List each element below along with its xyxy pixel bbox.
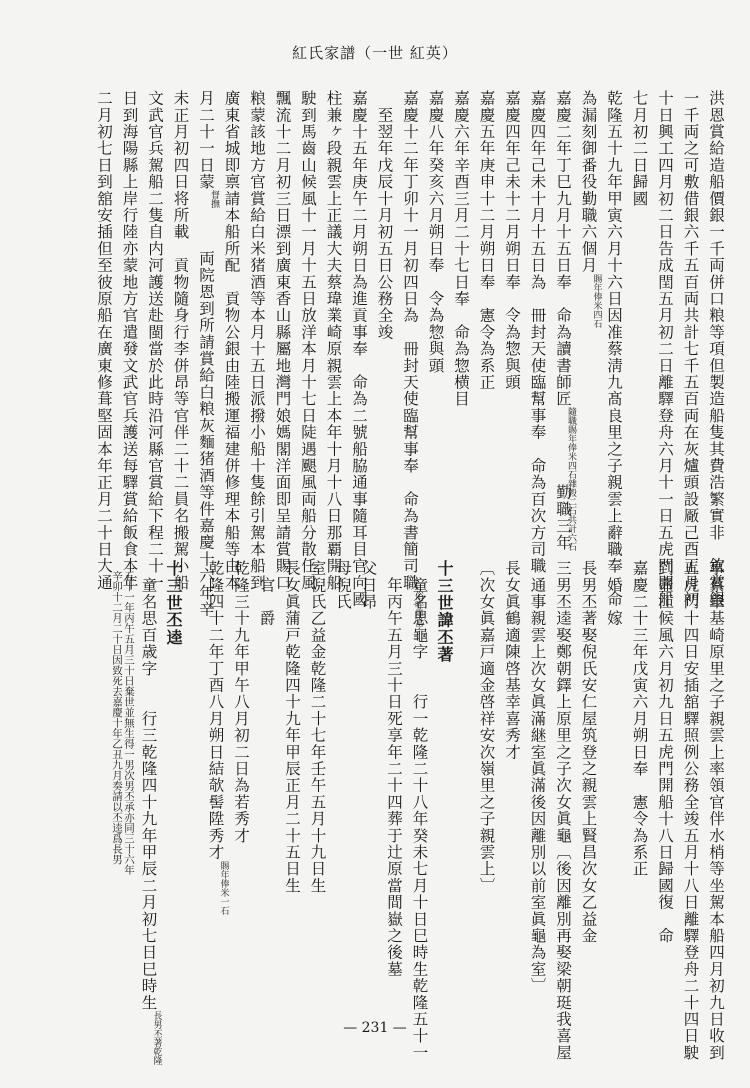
text-column: 到壷江候風六月初九日五虎門開船十八日歸國復 命 bbox=[652, 560, 678, 1010]
text-column: 飄流十二月初三日漂到廣東香山縣屬地灣門娘媽閣洋面即呈請賞賜口 bbox=[269, 90, 295, 535]
column-text: 到壷江候風六月初九日五虎門開船十八日歸國復 命 bbox=[656, 560, 674, 944]
text-column: 未正月初四日将所載 貢物隨身行李併昂等官伴二十二員名搬駕小船 bbox=[167, 90, 193, 535]
column-text: 室倪氏乙益金乾隆二十七年壬午五月十九日生 bbox=[309, 560, 327, 894]
column-text: 十三世丕逵 bbox=[164, 560, 183, 646]
column-text-continued: 勤職三年 bbox=[554, 467, 572, 551]
column-text: 長女眞蒲戸乾隆四十九年甲辰正月二十五日生 bbox=[283, 560, 301, 894]
column-text: 嘉慶六年辛酉三月二十七日奉 命為惣横目 bbox=[452, 90, 470, 407]
column-text: 飄流十二月初三日漂到廣東香山縣屬地灣門娘媽閣洋面即呈請賞賜口 bbox=[274, 90, 292, 591]
column-text: 二月初七日到舘安插但至彼原船在廣東修葺堅固本年正月二十日大通 bbox=[95, 90, 113, 591]
generation-heading: 十三世諱丕著 bbox=[432, 560, 458, 1010]
text-column: 童名思百歳字 行三乾隆四十九年甲辰二月初七日巳時生長男丕著乾隆 bbox=[135, 560, 161, 1010]
text-column: 三男丕逵娶鄭朝鐸上原里之子次女眞龜〔後因離別再娶梁朝珽我喜屋 bbox=[550, 560, 576, 1010]
column-text: 五十一年丙午五月三十日棄世並無生得一男次男丕承亦同三十六年 bbox=[123, 560, 135, 875]
column-text: 一千両之可敷借銀六千五百両共計七千五百両在灰爐頭設厰己酉正月初 bbox=[682, 90, 700, 608]
interlinear-note: 督撫 bbox=[209, 190, 218, 250]
column-text: 嘉慶四年己未十月十五日為 冊封天使臨幫事奉 命為百次方司職 bbox=[529, 90, 547, 574]
genealogy-section-lower: 事蔡肇基崎原里之子親雲上率領官伴水梢等坐駕本船四月初九日收到五虎門十四日安插舘驛… bbox=[80, 560, 728, 1010]
column-text: 五虎門十四日安插舘驛照例公務全竣五月十八日離驛登舟二十四日駛 bbox=[682, 560, 700, 1061]
text-column: 嘉慶四年己未十月十五日為 冊封天使臨幫事奉 命為百次方司職 bbox=[524, 90, 550, 535]
column-text: 柱兼ヶ段親雲上正議大夫蔡瑋業崎原親雲上本年十月十八日那覇開船 bbox=[325, 90, 343, 591]
interlinear-note: 賜年俸米一石 bbox=[219, 861, 228, 921]
text-column: 至翌年戊辰十月初五日公務全竣 bbox=[371, 90, 397, 535]
column-text: 日到海陽縣上岸行陸亦蒙地方官遣發文武官兵護送每驛賞給飯食本年 bbox=[121, 90, 139, 591]
text-column: 長女眞鶴適陳啓基幸喜秀才 bbox=[499, 560, 525, 1010]
text-column: 年丙午五月三十日死享年二十四葬于辻原當間嶽之後墓 bbox=[381, 560, 407, 1010]
column-text: 嘉慶八年癸亥六月朔日奉 令為惣與頭 bbox=[427, 90, 445, 374]
text-column: 廣東省城即禀請本船所配 貢物公銀由陸搬運福建併修理本船等由本 bbox=[218, 90, 244, 535]
column-text: 通事親雲上次女眞滿継室眞滿後因離別以前室眞龜為室〕 bbox=[529, 560, 547, 994]
column-text: 辛卯十二月二十日因致死去嘉慶十年乙丑九月奏請以丕逵爲長男 bbox=[111, 560, 123, 865]
text-column: 事蔡肇基崎原里之子親雲上率領官伴水梢等坐駕本船四月初九日收到 bbox=[703, 560, 729, 1010]
column-text: 嘉慶五年庚申十二月朔日奉 憲令為系正 bbox=[478, 90, 496, 391]
column-text: 七月初二日歸國 bbox=[631, 90, 649, 207]
text-column: 月二十一日蒙督撫両院恩到所請賞給白粮灰麵猪酒等件嘉慶十六年辛 bbox=[193, 90, 219, 535]
column-spacer bbox=[457, 560, 473, 1010]
column-text: 官 爵 bbox=[258, 560, 276, 627]
text-column: 嘉慶五年庚申十二月朔日奉 憲令為系正 bbox=[473, 90, 499, 535]
text-column: 嘉慶八年癸亥六月朔日奉 令為惣與頭 bbox=[422, 90, 448, 535]
section-label: 官 爵 bbox=[253, 560, 279, 1010]
text-column: 七月初二日歸國 bbox=[626, 90, 652, 535]
column-text: 童名思百歳字 行三乾隆四十九年甲辰二月初七日巳時生 bbox=[140, 560, 158, 1011]
column-text: 事蔡肇基崎原里之子親雲上率領官伴水梢等坐駕本船四月初九日收到 bbox=[707, 560, 725, 1061]
text-column: 一千両之可敷借銀六千五百両共計七千五百両在灰爐頭設厰己酉正月初 bbox=[677, 90, 703, 535]
text-column: 長男丕著娶倪氏安仁屋筑登之親雲上賢昌次女乙益金 bbox=[575, 560, 601, 1010]
column-text: 未正月初四日将所載 貢物隨身行李併昂等官伴二十二員名搬駕小船 bbox=[172, 90, 190, 591]
column-text: 年丙午五月三十日死享年二十四葬于辻原當間嶽之後墓 bbox=[385, 560, 403, 978]
column-text: 乾隆五十九年甲寅六月十六日因准蔡淸九髙良里之子親雲上辭職奉 命 bbox=[605, 90, 623, 608]
text-column: 洪恩賞給造船價銀一千両併口粮等項但製造船隻其費浩繁實非 欽賞銀 bbox=[703, 90, 729, 535]
text-column: 五虎門十四日安插舘驛照例公務全竣五月十八日離驛登舟二十四日駛 bbox=[677, 560, 703, 1010]
interlinear-note: 賜年俸米四石 bbox=[592, 274, 601, 334]
column-text: 乾隆四十二年丁酉八月朔日結欹髻陞秀才 bbox=[207, 560, 225, 861]
column-text: 婚 嫁 bbox=[605, 560, 623, 627]
column-text: 十三世諱丕著 bbox=[435, 560, 454, 663]
column-text: 月二十一日蒙 bbox=[197, 90, 215, 190]
column-text: 嘉慶二年丁巳九月十五日奉 命為讀書師匠 bbox=[554, 90, 572, 407]
text-column: 文武官兵駕船二隻自内河護送赴閩當於此時沿河縣官賞給下程二十一 bbox=[142, 90, 168, 535]
text-column: 柱兼ヶ段親雲上正議大夫蔡瑋業崎原親雲上本年十月十八日那覇開船 bbox=[320, 90, 346, 535]
column-text: 至翌年戊辰十月初五日公務全竣 bbox=[376, 90, 394, 341]
text-column: 嘉慶十二年丁卯十一月初四日為 冊封天使臨幫事奉 命為書簡司職俗呼墨當 bbox=[397, 90, 423, 535]
text-column: 乾隆五十九年甲寅六月十六日因准蔡淸九髙良里之子親雲上辭職奉 命 bbox=[601, 90, 627, 535]
page-title: 紅氏家譜（一世 紅英） bbox=[288, 42, 462, 63]
generation-heading: 十三世丕逵 bbox=[161, 560, 187, 1010]
column-text: 乾隆三十九年甲午八月初二日為若秀才 bbox=[232, 560, 250, 844]
column-text: 文武官兵駕船二隻自内河護送赴閩當於此時沿河縣官賞給下程二十一 bbox=[146, 90, 164, 591]
column-spacer bbox=[186, 560, 202, 1010]
text-column: 粮蒙該地方官賞給白米猪酒等本月十五日派撥小船十隻餘引駕本船到 bbox=[244, 90, 270, 535]
text-column: 二月初七日到舘安插但至彼原船在廣東修葺堅固本年正月二十日大通 bbox=[91, 90, 117, 535]
text-column: 〔次女眞嘉戸適金啓祥安次嶺里之子親雲上〕 bbox=[473, 560, 499, 1010]
column-text: 童名思龜字 行一乾隆二十八年癸未七月十日巳時生乾隆五十一 bbox=[411, 560, 429, 1061]
text-column: 父日昂 bbox=[355, 560, 381, 1010]
column-text: 長女眞鶴適陳啓基幸喜秀才 bbox=[503, 560, 521, 760]
text-column: 嘉慶二年丁巳九月十五日奉 命為讀書師匠隨職賜年俸米四石雜穀二石共計六石 勤職三年 bbox=[550, 90, 576, 535]
column-text: 三男丕逵娶鄭朝鐸上原里之子次女眞龜〔後因離別再娶梁朝珽我喜屋 bbox=[554, 560, 572, 1061]
column-text: 洪恩賞給造船價銀一千両併口粮等項但製造船隻其費浩繁實非 欽賞銀 bbox=[707, 90, 725, 608]
text-column: 長女眞蒲戸乾隆四十九年甲辰正月二十五日生 bbox=[279, 560, 305, 1010]
text-column: 駛到馬齒山候風十一月十五日放洋本月十七日陡遇颶風両船分散任風 bbox=[295, 90, 321, 535]
column-text: 長男丕著娶倪氏安仁屋筑登之親雲上賢昌次女乙益金 bbox=[580, 560, 598, 944]
annotation-column: 五十一年丙午五月三十日棄世並無生得一男次男丕承亦同三十六年 bbox=[123, 560, 135, 1010]
column-text: 嘉慶四年己未十二月朔日奉 令為惣與頭 bbox=[503, 90, 521, 391]
text-column: 嘉慶四年己未十二月朔日奉 令為惣與頭 bbox=[499, 90, 525, 535]
column-text: 粮蒙該地方官賞給白米猪酒等本月十五日派撥小船十隻餘引駕本船到 bbox=[248, 90, 266, 591]
column-text: 嘉慶十二年丁卯十一月初四日為 冊封天使臨幫事奉 命為書簡司職 bbox=[401, 90, 419, 591]
text-column: 日到海陽縣上岸行陸亦蒙地方官遣發文武官兵護送每驛賞給飯食本年 bbox=[116, 90, 142, 535]
column-text: 〔次女眞嘉戸適金啓祥安次嶺里之子親雲上〕 bbox=[478, 560, 496, 894]
column-text: 母倪氏 bbox=[334, 560, 352, 610]
text-column: 為漏刻御番役勤職六個月賜年俸米四石 bbox=[575, 90, 601, 535]
page-number: — 231 — bbox=[0, 1020, 750, 1036]
column-text: 父日昂 bbox=[360, 560, 378, 610]
text-column: 乾隆四十二年丁酉八月朔日結欹髻陞秀才賜年俸米一石 bbox=[202, 560, 228, 1010]
text-column: 十日興工四月初二日告成閏五月初二日離驛登舟六月十一日五虎門開船 bbox=[652, 90, 678, 535]
annotation-column: 辛卯十二月二十日因致死去嘉慶十年乙丑九月奏請以丕逵爲長男 bbox=[111, 560, 123, 1010]
column-text: 駛到馬齒山候風十一月十五日放洋本月十七日陡遇颶風両船分散任風 bbox=[299, 90, 317, 591]
text-column: 室倪氏乙益金乾隆二十七年壬午五月十九日生 bbox=[304, 560, 330, 1010]
column-text: 為漏刻御番役勤職六個月 bbox=[580, 90, 598, 274]
text-column: 母倪氏 bbox=[330, 560, 356, 1010]
text-column: 童名思龜字 行一乾隆二十八年癸未七月十日巳時生乾隆五十一 bbox=[406, 560, 432, 1010]
column-text: 十日興工四月初二日告成閏五月初二日離驛登舟六月十一日五虎門開船 bbox=[656, 90, 674, 608]
text-column: 嘉慶二十三年戊寅六月朔日奉 憲令為系正 bbox=[626, 560, 652, 1010]
page-header: 紅氏家譜（一世 紅英） bbox=[0, 42, 750, 63]
interlinear-note: 隨職賜年俸米四石雜穀二石共計六石 bbox=[566, 407, 575, 467]
column-text: 廣東省城即禀請本船所配 貢物公銀由陸搬運福建併修理本船等由本 bbox=[223, 90, 241, 591]
text-column: 通事親雲上次女眞滿継室眞滿後因離別以前室眞龜為室〕 bbox=[524, 560, 550, 1010]
genealogy-section-upper: 洪恩賞給造船價銀一千両併口粮等項但製造船隻其費浩繁實非 欽賞銀一千両之可敷借銀六… bbox=[80, 90, 728, 535]
text-column: 嘉慶六年辛酉三月二十七日奉 命為惣横目 bbox=[448, 90, 474, 535]
column-text: 嘉慶十五年庚午二月朔日為進貢事奉 命為二號船脇通事隨耳目官向國 bbox=[350, 90, 368, 608]
column-text: 嘉慶二十三年戊寅六月朔日奉 憲令為系正 bbox=[631, 560, 649, 877]
text-column: 嘉慶十五年庚午二月朔日為進貢事奉 命為二號船脇通事隨耳目官向國 bbox=[346, 90, 372, 535]
section-label: 婚 嫁 bbox=[601, 560, 627, 1010]
text-column: 乾隆三十九年甲午八月初二日為若秀才 bbox=[228, 560, 254, 1010]
